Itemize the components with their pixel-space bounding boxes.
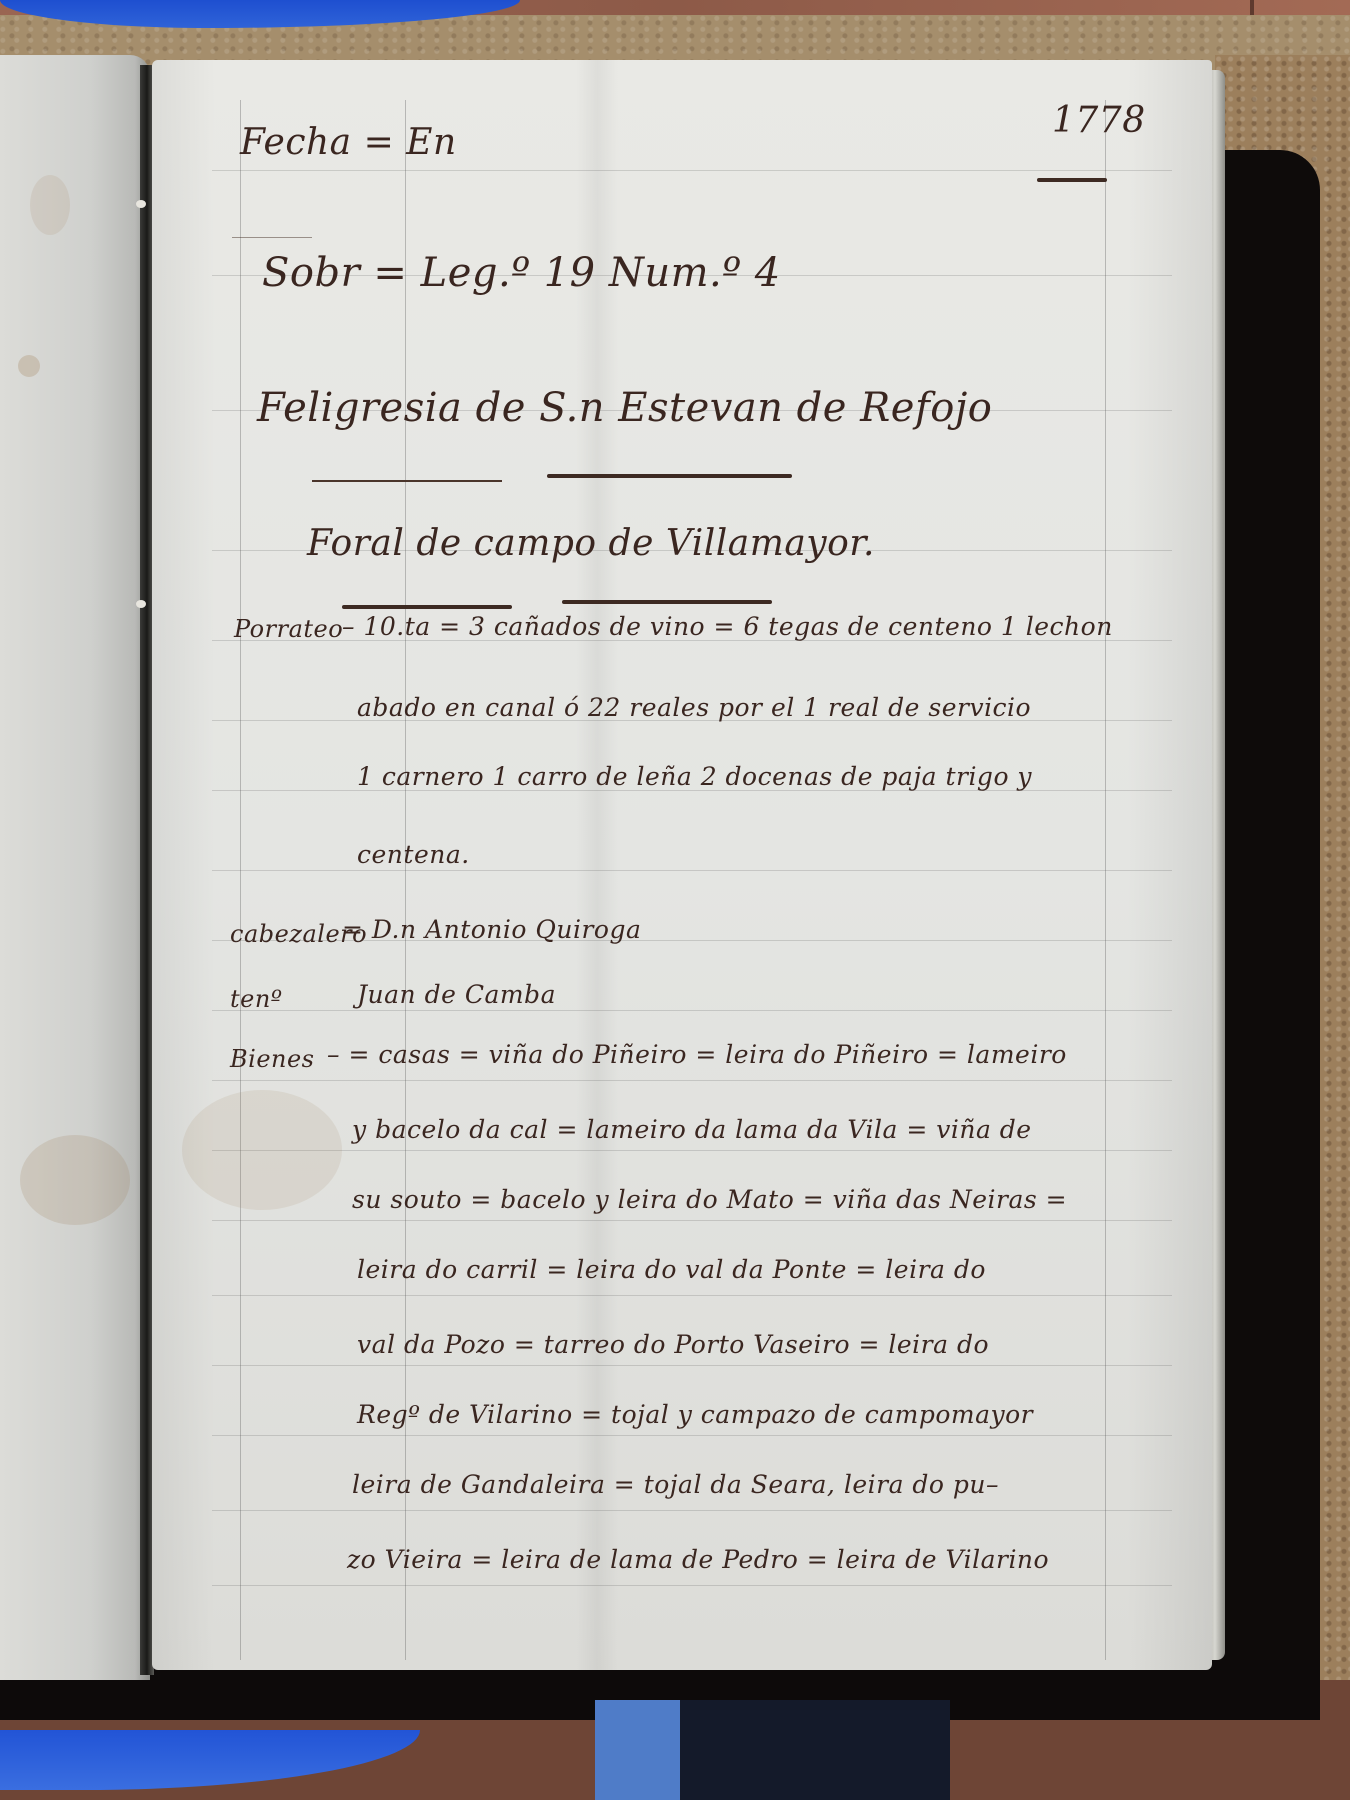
ruling-line (212, 1150, 1172, 1151)
entry-line: Juan de Camba (357, 980, 556, 1009)
paper-stain (20, 1135, 130, 1225)
entry-line: val da Pozo = tarreo do Porto Vaseiro = … (357, 1330, 989, 1359)
property-title: Foral de campo de Villamayor. (307, 523, 875, 564)
page-number: 1778 (1052, 100, 1146, 141)
ruling-line (212, 1080, 1172, 1081)
entry-line: y bacelo da cal = lameiro da lama da Vil… (352, 1115, 1032, 1144)
entry-line: su souto = bacelo y leira do Mato = viña… (352, 1185, 1067, 1214)
entry-line: leira de Gandaleira = tojal da Seara, le… (352, 1470, 999, 1499)
paper-stain (182, 1090, 342, 1210)
title-rule-right (547, 474, 792, 478)
entry-line: zo Vieira = leira de lama de Pedro = lei… (347, 1545, 1049, 1574)
binding-thread (136, 600, 146, 608)
entry-line: abado en canal ó 22 reales por el 1 real… (357, 693, 1031, 722)
ruling-line (212, 1510, 1172, 1511)
entry-line: Regº de Vilarino = tojal y campazo de ca… (357, 1400, 1033, 1429)
title-rule-left (312, 480, 502, 482)
parish-title: Feligresia de S.n Estevan de Refojo (257, 385, 992, 431)
entry-label-bienes: Bienes (230, 1045, 315, 1073)
title-rule-right (562, 600, 772, 604)
ruling-line (212, 1585, 1172, 1586)
entry-line: = D.n Antonio Quiroga (342, 915, 641, 944)
ruling-line (212, 1010, 1172, 1011)
ruling-line (212, 1365, 1172, 1366)
ruling-line (212, 870, 1172, 871)
entry-label-porrateo: Porrateo (234, 615, 343, 643)
entry-line: 1 carnero 1 carro de leña 2 docenas de p… (357, 762, 1032, 791)
blue-cloth (595, 1700, 680, 1800)
binding-thread (136, 200, 146, 208)
left-page (0, 55, 150, 1680)
title-rule-left (342, 605, 512, 609)
fecha-label: Fecha = En (240, 122, 457, 163)
ruling-line (212, 1295, 1172, 1296)
entry-line: centena. (357, 840, 470, 869)
reference-heading: Sobr = Leg.º 19 Num.º 4 (262, 250, 781, 296)
ruling-line (212, 1435, 1172, 1436)
entry-line: – 10.ta = 3 cañados de vino = 6 tegas de… (342, 612, 1113, 641)
rule-stroke (232, 237, 312, 238)
entry-label-teniente: tenº (230, 985, 283, 1013)
ruling-line (212, 1220, 1172, 1221)
manuscript-page: Fecha = En 1778 Sobr = Leg.º 19 Num.º 4 … (152, 60, 1212, 1670)
entry-line: leira do carril = leira do val da Ponte … (357, 1255, 986, 1284)
underline (1037, 178, 1107, 182)
dark-cloth (680, 1700, 950, 1800)
ruling-line (212, 170, 1172, 171)
margin-rule-left (240, 100, 241, 1660)
entry-line: – = casas = viña do Piñeiro = leira do P… (327, 1040, 1067, 1069)
margin-rule-right (1105, 100, 1106, 1660)
paper-stain (30, 175, 70, 235)
paper-stain (18, 355, 40, 377)
